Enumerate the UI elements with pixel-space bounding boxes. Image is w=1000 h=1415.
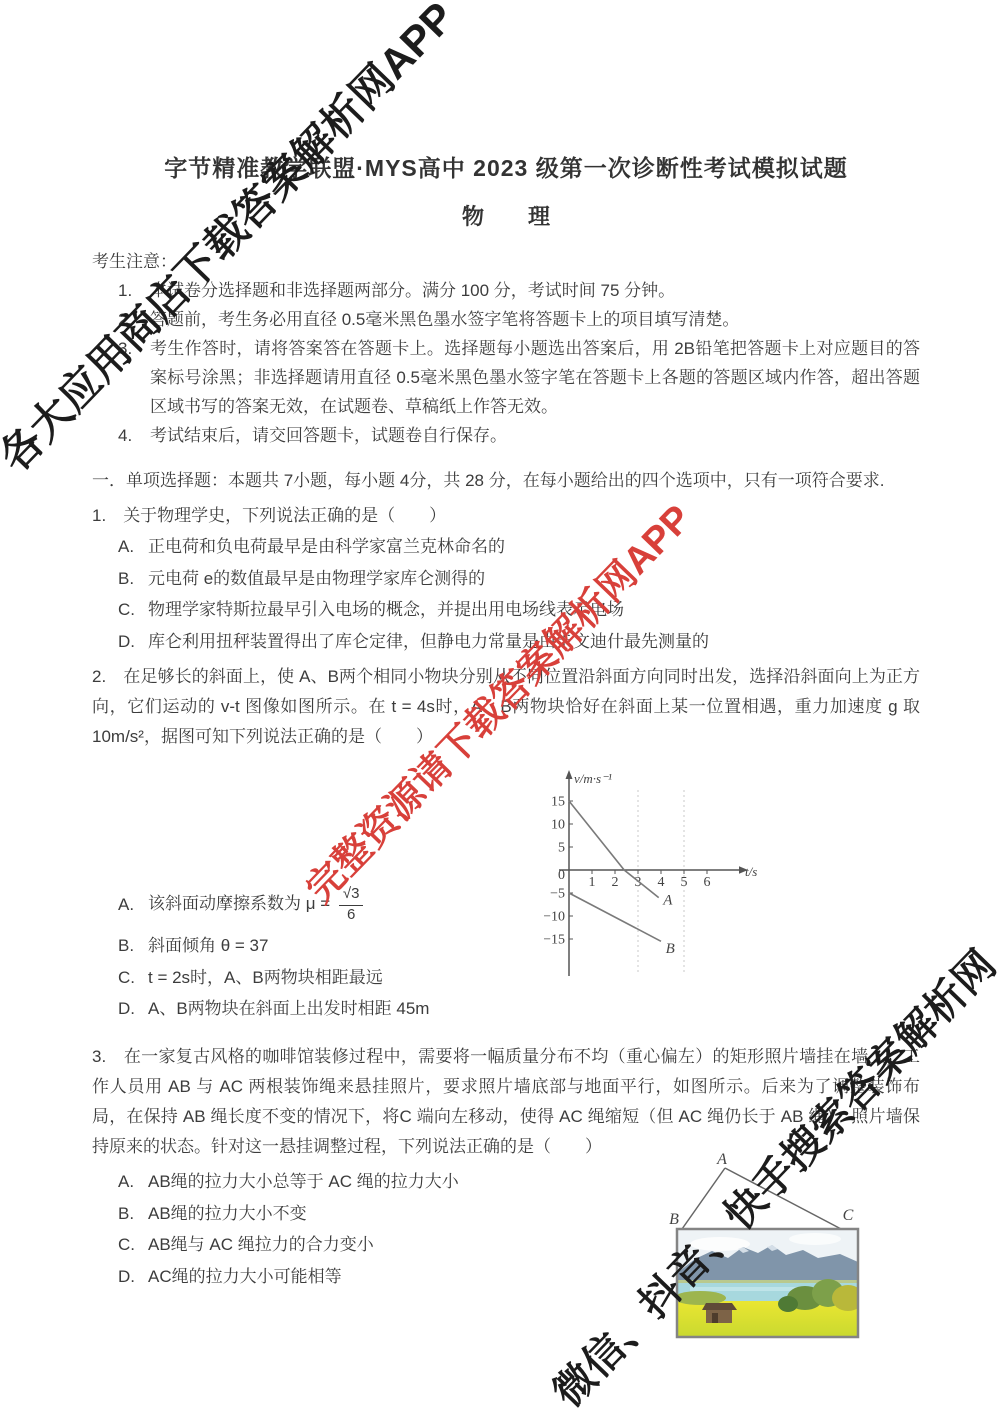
svg-text:t/s: t/s	[745, 864, 757, 879]
svg-text:−5: −5	[550, 887, 565, 902]
q2-option-a-pre: 该斜面动摩擦系数为 μ =	[148, 894, 330, 913]
option-label: C.	[118, 962, 148, 994]
q1-option-c: C. 物理学家特斯拉最早引入电场的概念，并提出用电场线表示电场	[92, 594, 920, 626]
svg-text:1: 1	[589, 875, 596, 890]
svg-text:0: 0	[558, 868, 565, 883]
notice-item: 2. 答题前，考生务必用直径 0.5毫米黑色墨水签字笔将答题卡上的项目填写清楚。	[92, 305, 920, 334]
exam-page: 字节精准教学联盟·MYS高中 2023 级第一次诊断性考试模拟试题 物 理 考生…	[0, 0, 1000, 1415]
notice-item: 3. 考生作答时，请将答案答在答题卡上。选择题每小题选出答案后，用 2B铅笔把答…	[92, 334, 920, 421]
option-label: B.	[118, 930, 148, 962]
option-label: B.	[118, 1198, 148, 1230]
q2-option-a: A. 该斜面动摩擦系数为 μ = √36	[92, 880, 920, 930]
question-1-text: 关于物理学史，下列说法正确的是（ ）	[123, 506, 446, 525]
q2-option-b: B. 斜面倾角 θ = 37	[92, 930, 920, 962]
svg-text:B: B	[666, 941, 675, 957]
diagram-label-c: C	[843, 1207, 854, 1224]
fraction-denominator: 6	[339, 906, 364, 925]
notice-item-text: 本试卷分选择题和非选择题两部分。满分 100 分，考试时间 75 分钟。	[150, 276, 920, 305]
q2-option-c: C. t = 2s时，A、B两物块相距最远	[92, 962, 920, 994]
notice-item-text: 考试结束后，请交回答题卡，试题卷自行保存。	[150, 421, 920, 450]
option-label: D.	[118, 626, 148, 658]
q2-options: A. 该斜面动摩擦系数为 μ = √36 B. 斜面倾角 θ = 37 C. t…	[92, 752, 920, 1025]
svg-text:A: A	[662, 893, 673, 909]
svg-text:4: 4	[658, 875, 665, 890]
option-text: 斜面倾角 θ = 37	[148, 930, 920, 962]
svg-text:2: 2	[612, 875, 619, 890]
option-label: C.	[118, 594, 148, 626]
svg-text:v/m·s⁻¹: v/m·s⁻¹	[574, 771, 612, 786]
option-text: A、B两物块在斜面上出发时相距 45m	[148, 993, 920, 1025]
diagram-label-apex: A	[716, 1152, 727, 1168]
option-label: A.	[118, 531, 148, 563]
q1-option-b: B. 元电荷 e的数值最早是由物理学家库仑测得的	[92, 563, 920, 595]
option-text: 正电荷和负电荷最早是由科学家富兰克林命名的	[148, 531, 920, 563]
diagram-label-b: B	[669, 1211, 679, 1228]
option-text: 元电荷 e的数值最早是由物理学家库仑测得的	[148, 563, 920, 595]
svg-text:−15: −15	[544, 933, 565, 948]
option-label: A.	[118, 895, 148, 915]
option-label: D.	[118, 993, 148, 1025]
exam-title: 字节精准教学联盟·MYS高中 2023 级第一次诊断性考试模拟试题	[92, 153, 920, 183]
question-2-figure-and-options: v/m·s⁻¹t/s151050−5−10−15123456AB A. 该斜面动…	[92, 752, 920, 1037]
notice-item: 4. 考试结束后，请交回答题卡，试题卷自行保存。	[92, 421, 920, 450]
question-3-number: 3.	[92, 1047, 106, 1066]
option-text: t = 2s时，A、B两物块相距最远	[148, 962, 920, 994]
question-1-number: 1.	[92, 506, 106, 525]
svg-text:−10: −10	[544, 910, 565, 925]
option-label: C.	[118, 1229, 148, 1261]
option-label: A.	[118, 1166, 148, 1198]
notice-item-number: 4.	[118, 421, 150, 450]
question-1-stem: 1. 关于物理学史，下列说法正确的是（ ）	[92, 501, 920, 531]
q1-option-a: A. 正电荷和负电荷最早是由科学家富兰克林命名的	[92, 531, 920, 563]
q2-option-d: D. A、B两物块在斜面上出发时相距 45m	[92, 993, 920, 1025]
section-one-heading: 一．单项选择题：本题共 7小题，每小题 4分，共 28 分，在每小题给出的四个选…	[92, 466, 920, 496]
svg-text:5: 5	[558, 841, 565, 856]
option-label: D.	[118, 1261, 148, 1293]
option-text: 该斜面动摩擦系数为 μ = √36	[148, 885, 920, 925]
svg-text:6: 6	[704, 875, 711, 890]
svg-text:10: 10	[551, 818, 565, 833]
option-label: B.	[118, 563, 148, 595]
notice-item-text: 考生作答时，请将答案答在答题卡上。选择题每小题选出答案后，用 2B铅笔把答题卡上…	[150, 334, 920, 421]
vt-graph: v/m·s⁻¹t/s151050−5−10−15123456AB	[544, 770, 759, 982]
svg-text:15: 15	[551, 795, 565, 810]
question-2-number: 2.	[92, 667, 106, 686]
svg-text:5: 5	[681, 875, 688, 890]
notice-item-text: 答题前，考生务必用直径 0.5毫米黑色墨水签字笔将答题卡上的项目填写清楚。	[150, 305, 920, 334]
